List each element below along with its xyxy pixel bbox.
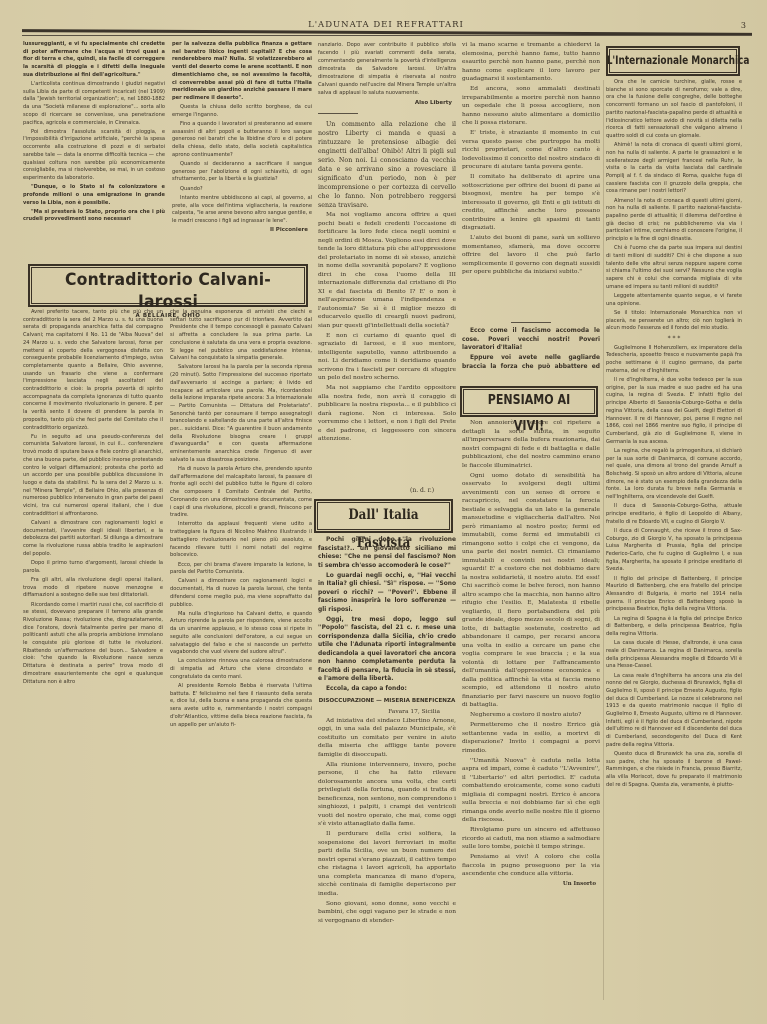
paragraph: Il re d'Inghilterra, è due volte tedesco… [606,377,742,446]
paragraph: Il duca di Sassonia-Coburgo-Gotha, attua… [606,503,742,526]
paragraph: Al presidente Romolo Bebba è riservata l… [170,683,312,729]
paragraph: Il perdurare della crisi solfiera, la so… [318,830,456,898]
paragraph: Pochi giorni dopo ''la rivoluzione fasci… [318,536,456,570]
paragraph: La regina di Spagna è la figlia del prin… [606,616,742,639]
paragraph: E non ci curiamo di quanto quel di sgraz… [318,332,456,383]
italia-fascista-article: Pochi giorni dopo ''la rivoluzione fasci… [318,536,456,1006]
calvani-headline-box: Contradittorio Calvani-Iarossi A BELLAIR… [28,264,308,307]
paragraph: Eccola, da capo a fondo: [318,685,456,694]
paragraph: Ma nulla d'ingiurioso ha Calvani detto, … [170,611,312,657]
paragraph: L'aiuto dei buoni di pane, sarà un solli… [462,234,600,277]
libia-article-col1: lussureggianti, e vi fu specialmente chi… [23,41,165,261]
paragraph: Il figlio del principe di Battenberg, il… [606,576,742,615]
col4-continuation: vi la mano scarne e tremante a chiedervi… [462,41,600,316]
paragraph: Ecco, per chi brama d'avere imparato la … [170,562,312,577]
paragraph: Ahimè! la nota di cronaca di questi ulti… [606,142,742,196]
paragraph: Ha di nuovo la parola Arturo che, prende… [170,466,312,520]
newspaper-title: L'ADUNATA DEI REFRATTARI [22,20,750,30]
paragraph: "Dunque, o lo Stato si fa colonizzatore … [23,184,165,207]
headline: L'Internazionale Monarchica [607,48,740,73]
paragraph: lussureggianti, e vi fu specialmente chi… [23,41,165,80]
paragraph: Dopo il primo turno d'argomenti, Iarossi… [23,560,163,575]
paragraph: Salvatore Iarossi ha la parola per la se… [170,364,312,464]
libia-article-col2: per la salvezza della pubblica finanza a… [172,41,312,263]
paragraph: Il comitato ha deliberato di aprire una … [462,173,600,233]
paragraph: Il duca di Connaught, che riceve il tron… [606,528,742,574]
col3-articles: nanziario. Dopo aver contribuito il pubb… [318,41,456,481]
paragraph: Fu in seguito ad una pseudo-conferenza d… [23,434,163,519]
paragraph: Ed ancora, sono ammalati destinati irrep… [462,85,600,128]
paragraph: Questa la chiusa dello scritto borghese,… [172,104,312,119]
paragraph: L'articolista continua dimostrando i giu… [23,81,165,127]
paragraph: Oggi, tre mesi dopo, leggo sul ''Popolo'… [318,616,456,684]
pensiamo-article: Non annoierò il lettore col ripetere a d… [462,419,600,1009]
dateline: Favara 17, Sicilia [318,708,440,717]
page-number: 3 [741,21,746,30]
paragraph: Intanto mentre ubbidiscono ai capi, al g… [172,195,312,226]
paragraph: Chi è l'uomo che da parte sua impera sui… [606,245,742,291]
calvani-article-col1: Avrei preferito tacere, tanto più che pi… [23,309,163,1009]
paragraph: La conclusione rinnova una calorosa dimo… [170,658,312,681]
paragraph: Lo guardai negli occhi, e, ''Hai vecchi … [318,572,456,615]
paragraph: che la genuina esponenza di arrivisti ch… [170,309,312,363]
paragraph: E' triste, è straziante il momento in cu… [462,129,600,172]
paragraph: Fino a quando i lavoratori si presterann… [172,121,312,160]
paragraph: Ora che le camicie turchine, gialle, ros… [606,79,742,141]
paragraph: Calvani a dimostrare con ragionamenti lo… [23,520,163,559]
paragraph: La regina, che regalò la primogenitura, … [606,448,742,502]
signature: Un Insorto [462,880,596,889]
paragraph: Negheremo a costoro il nostro aiuto? [462,711,600,720]
paragraph: Se il titolo: Internazionale Monarchica … [606,310,742,333]
masthead-rule-thin [22,35,752,36]
separator-rule [511,322,551,323]
paragraph: Almeno! la nota di cronaca di questi ult… [606,198,742,244]
paragraph: Quando? [172,186,312,194]
paragraph: Questo duca di Brunswick ha una zia, sor… [606,751,742,790]
paragraph: ''Umanità Nuova'' è caduta nella lotta a… [462,757,600,825]
column-rule [603,80,604,1000]
paragraph: Leggete attentamente quanto segue, e vi … [606,293,742,308]
signature: Il Picconiere [172,227,308,235]
paragraph: Pensiamo ai vivi! A coloro che colla fia… [462,853,600,879]
paragraph: Poi dimostra l'assoluta scarsità di piog… [23,129,165,183]
paragraph: Interrotto da applausi frequenti viene u… [170,521,312,560]
paragraph: vi la mano scarne e tremante a chiedervi… [462,41,600,84]
ndr-note: (n. d. r.) [410,487,434,494]
paragraph: Ma noi vogliamo ancora offrire a quei po… [318,211,456,330]
paragraph: per la salvezza della pubblica finanza a… [172,41,312,103]
paragraph: Fra gli altri, alla rivoluzione degli op… [23,577,163,600]
calvani-article-col2: che la genuina esponenza di arrivisti ch… [170,309,312,1009]
monarchica-article: Ora che le camicie turchine, gialle, ros… [606,79,742,1009]
paragraph: La casa ducale di Hesse, d'altronde, è u… [606,640,742,671]
separator-rule [318,113,358,114]
paragraph: La casa reale d'Inghilterra ha ancora un… [606,673,742,750]
headline: Contradittorio Calvani-Iarossi [41,269,295,313]
paragraph: Avrei preferito tacere, tanto più che pi… [23,309,163,432]
paragraph: Ogni uomo dotato di sensibilità ha osser… [462,472,600,710]
signature: Also Liberty [318,99,452,107]
paragraph: Alla riunione intervennero, invero, poch… [318,761,456,829]
paragraph: Ad iniziativa del sindaco Libertino Arno… [318,717,456,760]
paragraph: Calvani a dimostrare con ragionamenti lo… [170,578,312,609]
paragraph: Quando si decideranno a sacrificare il s… [172,161,312,184]
italia-fascista-headline-box: Dall' Italia Fascista [314,499,453,533]
newspaper-page: L'ADUNATA DEI REFRATTARI 3 lussureggiant… [0,0,767,1024]
col4-closing: Ecco come il fascismo accomoda le cose. … [462,322,600,372]
paragraph: Permetteremo che il nostro Errico già se… [462,721,600,755]
paragraph: Un commento alla relazione che il nostro… [318,120,456,210]
paragraph: nanziario. Dopo aver contribuito il pubb… [318,41,456,97]
section-stars: * * * [606,335,742,343]
subheading: DISOCCUPAZIONE — MISERIA BENEFICENZA [318,697,456,706]
paragraph: Eppure voi avete nelle gagliarde braccia… [462,354,600,372]
paragraph: Rivolgiamo pure un sincero ed affettuoso… [462,826,600,852]
monarchica-headline-box: L'Internazionale Monarchica [606,46,740,76]
paragraph: Guglielmone II Hohenzollern, ex imperato… [606,345,742,376]
paragraph: Ricordando come i martiri russi che, col… [23,602,163,687]
paragraph: "Ma si presterà lo Stato, proprio ora ch… [23,209,165,224]
paragraph: Ecco come il fascismo accomoda le cose. … [462,327,600,353]
paragraph: Non annoierò il lettore col ripetere a d… [462,419,600,470]
paragraph: Ma noi sappiamo che l'ardito oppositore … [318,384,456,444]
paragraph: Sono giovani, sono donne, sono vecchi e … [318,900,456,926]
pensiamo-headline-box: PENSIAMO AI VIVI! [460,386,598,417]
